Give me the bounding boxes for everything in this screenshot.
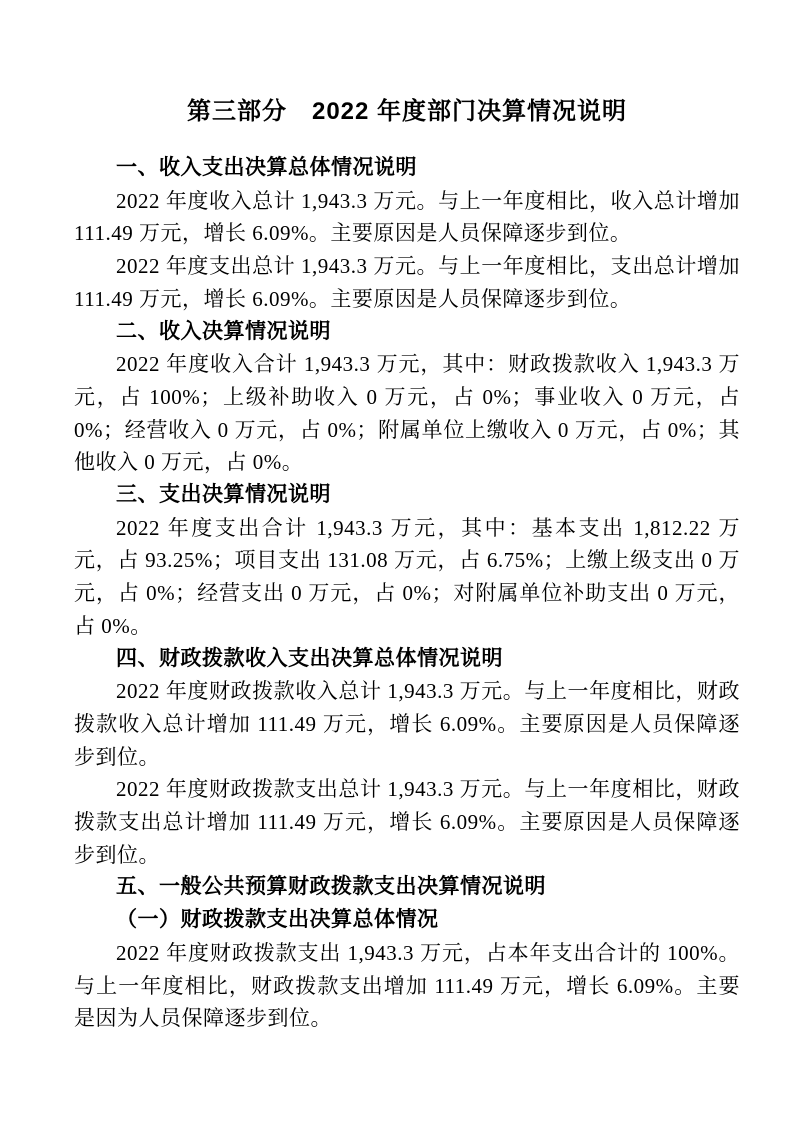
section-5-heading: 五、一般公共预算财政拨款支出决算情况说明 [74,871,740,904]
section-5-subheading: （一）财政拨款支出决算总体情况 [74,904,740,937]
section-3-heading: 三、支出决算情况说明 [74,479,740,512]
section-3-paragraph-1: 2022 年度支出合计 1,943.3 万元，其中：基本支出 1,812.22 … [74,512,740,643]
section-2-heading: 二、收入决算情况说明 [74,316,740,349]
section-4-heading: 四、财政拨款收入支出决算总体情况说明 [74,643,740,676]
document-page: 第三部分 2022 年度部门决算情况说明 一、收入支出决算总体情况说明 2022… [0,0,793,1122]
section-4-paragraph-2: 2022 年度财政拨款支出总计 1,943.3 万元。与上一年度相比，财政拨款支… [74,773,740,871]
section-1-paragraph-1: 2022 年度收入总计 1,943.3 万元。与上一年度相比，收入总计增加 11… [74,185,740,250]
section-1-heading: 一、收入支出决算总体情况说明 [74,152,740,185]
section-4-paragraph-1: 2022 年度财政拨款收入总计 1,943.3 万元。与上一年度相比，财政拨款收… [74,675,740,773]
section-5-paragraph-1: 2022 年度财政拨款支出 1,943.3 万元，占本年支出合计的 100%。与… [74,937,740,1035]
section-2-paragraph-1: 2022 年度收入合计 1,943.3 万元，其中：财政拨款收入 1,943.3… [74,348,740,479]
document-title: 第三部分 2022 年度部门决算情况说明 [74,97,740,127]
section-1-paragraph-2: 2022 年度支出总计 1,943.3 万元。与上一年度相比，支出总计增加 11… [74,250,740,315]
